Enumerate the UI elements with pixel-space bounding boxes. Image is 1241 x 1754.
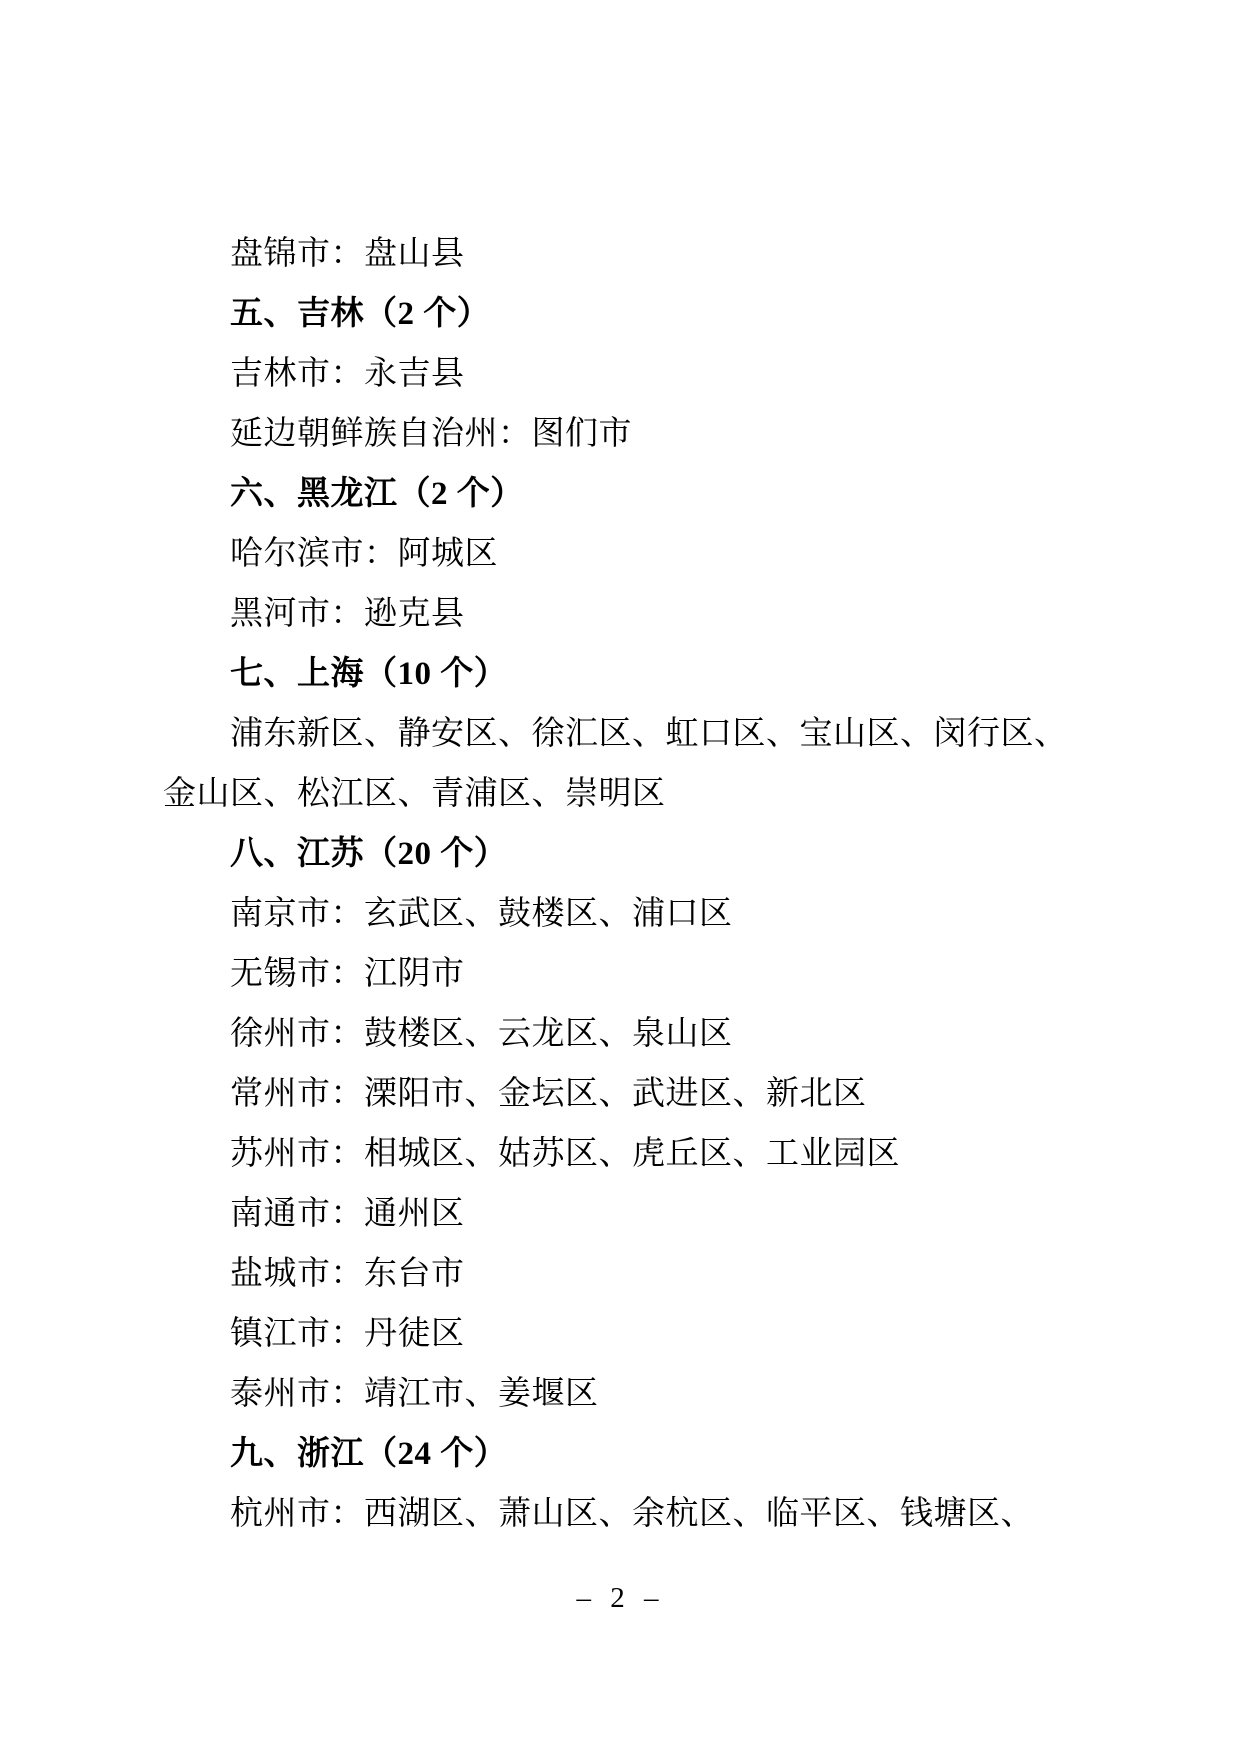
- document-line: 哈尔滨市：阿城区: [163, 524, 1081, 584]
- page-number: – 2 –: [577, 1582, 665, 1614]
- document-line: 泰州市：靖江市、姜堰区: [163, 1364, 1081, 1424]
- document-line: 浦东新区、静安区、徐汇区、虹口区、宝山区、闵行区、: [163, 704, 1081, 764]
- document-line: 苏州市：相城区、姑苏区、虎丘区、工业园区: [163, 1124, 1081, 1184]
- document-line: 盐城市：东台市: [163, 1244, 1081, 1304]
- section-heading: 五、吉林（2 个）: [163, 284, 1081, 344]
- document-line: 金山区、松江区、青浦区、崇明区: [163, 764, 1081, 824]
- document-line: 南通市：通州区: [163, 1184, 1081, 1244]
- document-line: 延边朝鲜族自治州：图们市: [163, 404, 1081, 464]
- document-line: 常州市：溧阳市、金坛区、武进区、新北区: [163, 1064, 1081, 1124]
- section-heading: 七、上海（10 个）: [163, 644, 1081, 704]
- document-line: 徐州市：鼓楼区、云龙区、泉山区: [163, 1004, 1081, 1064]
- section-heading: 六、黑龙江（2 个）: [163, 464, 1081, 524]
- document-line: 镇江市：丹徒区: [163, 1304, 1081, 1364]
- document-line: 吉林市：永吉县: [163, 344, 1081, 404]
- section-heading: 八、江苏（20 个）: [163, 824, 1081, 884]
- document-line: 南京市：玄武区、鼓楼区、浦口区: [163, 884, 1081, 944]
- document-line: 黑河市：逊克县: [163, 584, 1081, 644]
- document-body: 盘锦市：盘山县五、吉林（2 个）吉林市：永吉县延边朝鲜族自治州：图们市六、黑龙江…: [163, 224, 1081, 1544]
- section-heading: 九、浙江（24 个）: [163, 1424, 1081, 1484]
- document-line: 无锡市：江阴市: [163, 944, 1081, 1004]
- document-line: 盘锦市：盘山县: [163, 224, 1081, 284]
- document-line: 杭州市：西湖区、萧山区、余杭区、临平区、钱塘区、: [163, 1484, 1081, 1544]
- page-footer: – 2 –: [0, 1582, 1241, 1615]
- document-page: 盘锦市：盘山县五、吉林（2 个）吉林市：永吉县延边朝鲜族自治州：图们市六、黑龙江…: [0, 0, 1241, 1754]
